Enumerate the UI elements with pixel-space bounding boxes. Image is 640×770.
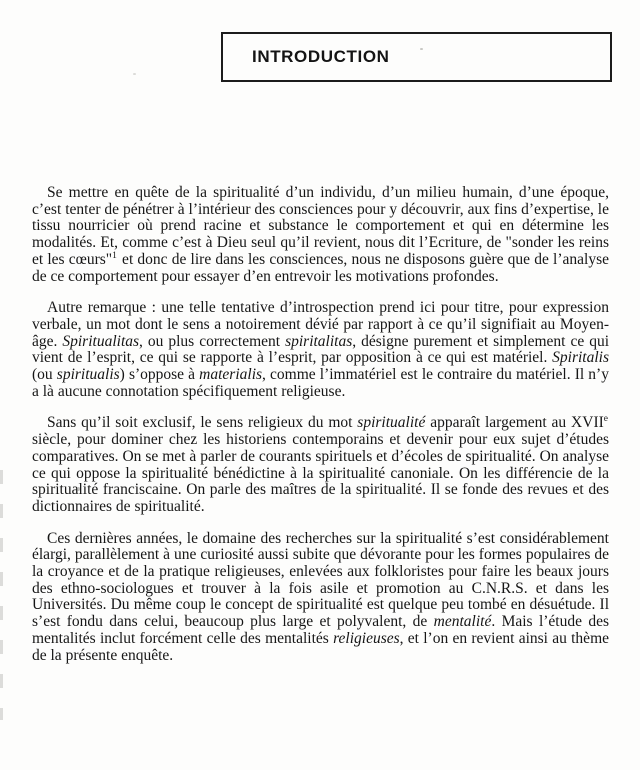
scanned-page: INTRODUCTION Se mettre en quête de la sp… — [0, 0, 640, 770]
title-box: INTRODUCTION — [221, 32, 612, 82]
paragraph: Autre remarque : une telle tentative d’i… — [32, 300, 609, 400]
text-run: et donc de lire dans les consciences, no… — [32, 251, 609, 285]
italic-text: mentalité — [434, 613, 492, 630]
italic-text: spiritualité — [357, 414, 425, 431]
paragraph: Se mettre en quête de la spiritualité d’… — [32, 185, 609, 285]
paragraph: Ces dernières années, le domaine des rec… — [32, 531, 609, 665]
italic-text: materialis — [199, 366, 262, 383]
scan-speck — [77, 487, 80, 491]
scan-speck — [133, 73, 136, 75]
italic-text: spiritalitas — [285, 333, 352, 350]
scan-edge-artifact — [0, 470, 3, 720]
text-run: ) s’oppose à — [120, 366, 200, 383]
scan-speck — [420, 48, 423, 50]
page-title: INTRODUCTION — [252, 47, 390, 67]
italic-text: spiritualis — [57, 366, 120, 383]
text-run: (ou — [32, 366, 57, 383]
paragraph: Sans qu’il soit exclusif, le sens religi… — [32, 415, 609, 515]
text-run: , ou plus correctement — [139, 333, 285, 350]
italic-text: Spiritalis — [552, 349, 609, 366]
text-run: Sans qu’il soit exclusif, le sens religi… — [47, 414, 357, 431]
italic-text: Spiritualitas — [62, 333, 139, 350]
text-run: apparaît largement au XVII — [425, 414, 603, 431]
text-run: siècle, pour dominer chez les historiens… — [32, 431, 609, 515]
superscript: e — [604, 414, 609, 424]
body-text: Se mettre en quête de la spiritualité d’… — [32, 185, 609, 679]
italic-text: religieuses — [333, 630, 400, 647]
